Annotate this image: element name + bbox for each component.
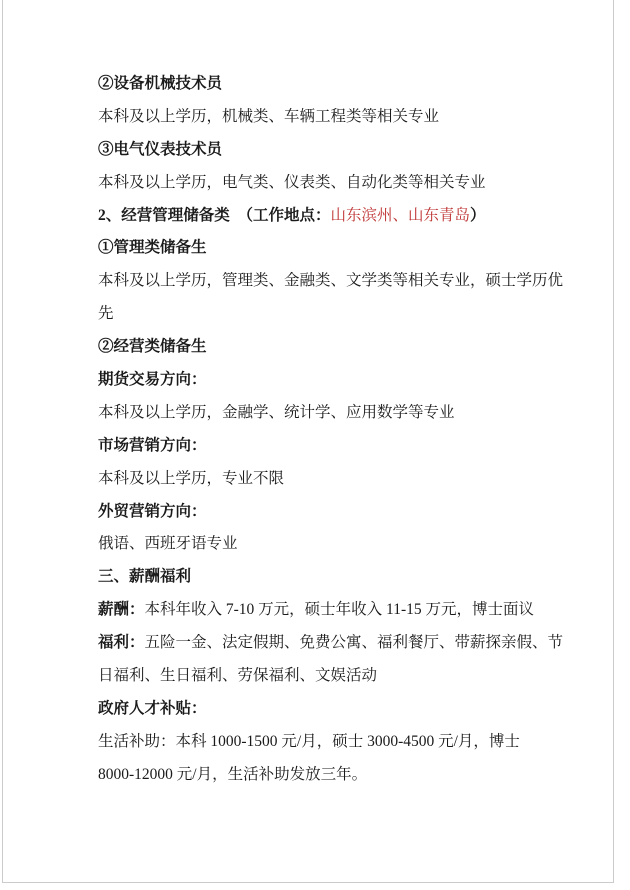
text-segment: ②经营类储备生 — [98, 338, 207, 355]
text-segment: 2、经营管理储备类 （工作地点： — [98, 207, 331, 224]
document-viewport: ②设备机械技术员本科及以上学历，机械类、车辆工程类等相关专业③电气仪表技术员本科… — [0, 0, 630, 890]
text-line: ②设备机械技术员 — [98, 68, 558, 101]
text-line: 日福利、生日福利、劳保福利、文娱活动 — [98, 660, 558, 693]
text-segment: 俄语、西班牙语专业 — [98, 535, 238, 552]
text-line: 外贸营销方向： — [98, 496, 558, 529]
text-line: 本科及以上学历，专业不限 — [98, 463, 558, 496]
text-line: 本科及以上学历，管理类、金融类、文学类等相关专业，硕士学历优 — [98, 265, 558, 298]
text-line: 先 — [98, 298, 558, 331]
text-segment: 五险一金、法定假期、免费公寓、福利餐厅、带薪探亲假、节 — [145, 634, 564, 651]
text-line: 8000-12000 元/月，生活补助发放三年。 — [98, 759, 558, 792]
text-segment: 本科及以上学历，机械类、车辆工程类等相关专业 — [98, 108, 439, 125]
text-segment: 三、薪酬福利 — [98, 568, 191, 585]
text-line: 生活补助：本科 1000-1500 元/月，硕士 3000-4500 元/月，博… — [98, 726, 558, 759]
work-location-highlight: 山东滨州、山东青岛 — [331, 207, 471, 224]
text-segment: 生活补助：本科 1000-1500 元/月，硕士 3000-4500 元/月，博… — [98, 733, 520, 750]
text-segment: 8000-12000 元/月，生活补助发放三年。 — [98, 766, 367, 783]
text-line: 市场营销方向： — [98, 430, 558, 463]
text-segment: 市场营销方向： — [98, 437, 207, 454]
text-line: 2、经营管理储备类 （工作地点：山东滨州、山东青岛） — [98, 200, 558, 233]
text-segment: 本科及以上学历，管理类、金融类、文学类等相关专业，硕士学历优 — [98, 272, 563, 289]
text-line: 本科及以上学历，机械类、车辆工程类等相关专业 — [98, 101, 558, 134]
text-segment: 期货交易方向： — [98, 371, 207, 388]
text-segment: 福利： — [98, 634, 145, 651]
text-line: 俄语、西班牙语专业 — [98, 528, 558, 561]
text-line: ③电气仪表技术员 — [98, 134, 558, 167]
text-line: 期货交易方向： — [98, 364, 558, 397]
text-segment: 先 — [98, 305, 114, 322]
text-segment: ） — [470, 207, 486, 224]
text-line: 福利：五险一金、法定假期、免费公寓、福利餐厅、带薪探亲假、节 — [98, 627, 558, 660]
text-line: 本科及以上学历，电气类、仪表类、自动化类等相关专业 — [98, 167, 558, 200]
text-segment: ①管理类储备生 — [98, 239, 207, 256]
text-line: 薪酬：本科年收入 7-10 万元，硕士年收入 11-15 万元，博士面议 — [98, 594, 558, 627]
text-line: 政府人才补贴： — [98, 693, 558, 726]
text-segment: 政府人才补贴： — [98, 700, 207, 717]
text-segment: 日福利、生日福利、劳保福利、文娱活动 — [98, 667, 377, 684]
text-segment: 本科及以上学历，金融学、统计学、应用数学等专业 — [98, 404, 455, 421]
text-line: ①管理类储备生 — [98, 232, 558, 265]
document-content: ②设备机械技术员本科及以上学历，机械类、车辆工程类等相关专业③电气仪表技术员本科… — [98, 68, 558, 792]
text-segment: 本科年收入 7-10 万元，硕士年收入 11-15 万元，博士面议 — [145, 601, 535, 618]
text-segment: 外贸营销方向： — [98, 503, 207, 520]
document-page: ②设备机械技术员本科及以上学历，机械类、车辆工程类等相关专业③电气仪表技术员本科… — [2, 0, 614, 883]
text-segment: 本科及以上学历，专业不限 — [98, 470, 284, 487]
text-line: 三、薪酬福利 — [98, 561, 558, 594]
text-segment: ②设备机械技术员 — [98, 75, 222, 92]
text-line: ②经营类储备生 — [98, 331, 558, 364]
text-segment: 本科及以上学历，电气类、仪表类、自动化类等相关专业 — [98, 174, 486, 191]
text-line: 本科及以上学历，金融学、统计学、应用数学等专业 — [98, 397, 558, 430]
text-segment: ③电气仪表技术员 — [98, 141, 222, 158]
text-segment: 薪酬： — [98, 601, 145, 618]
